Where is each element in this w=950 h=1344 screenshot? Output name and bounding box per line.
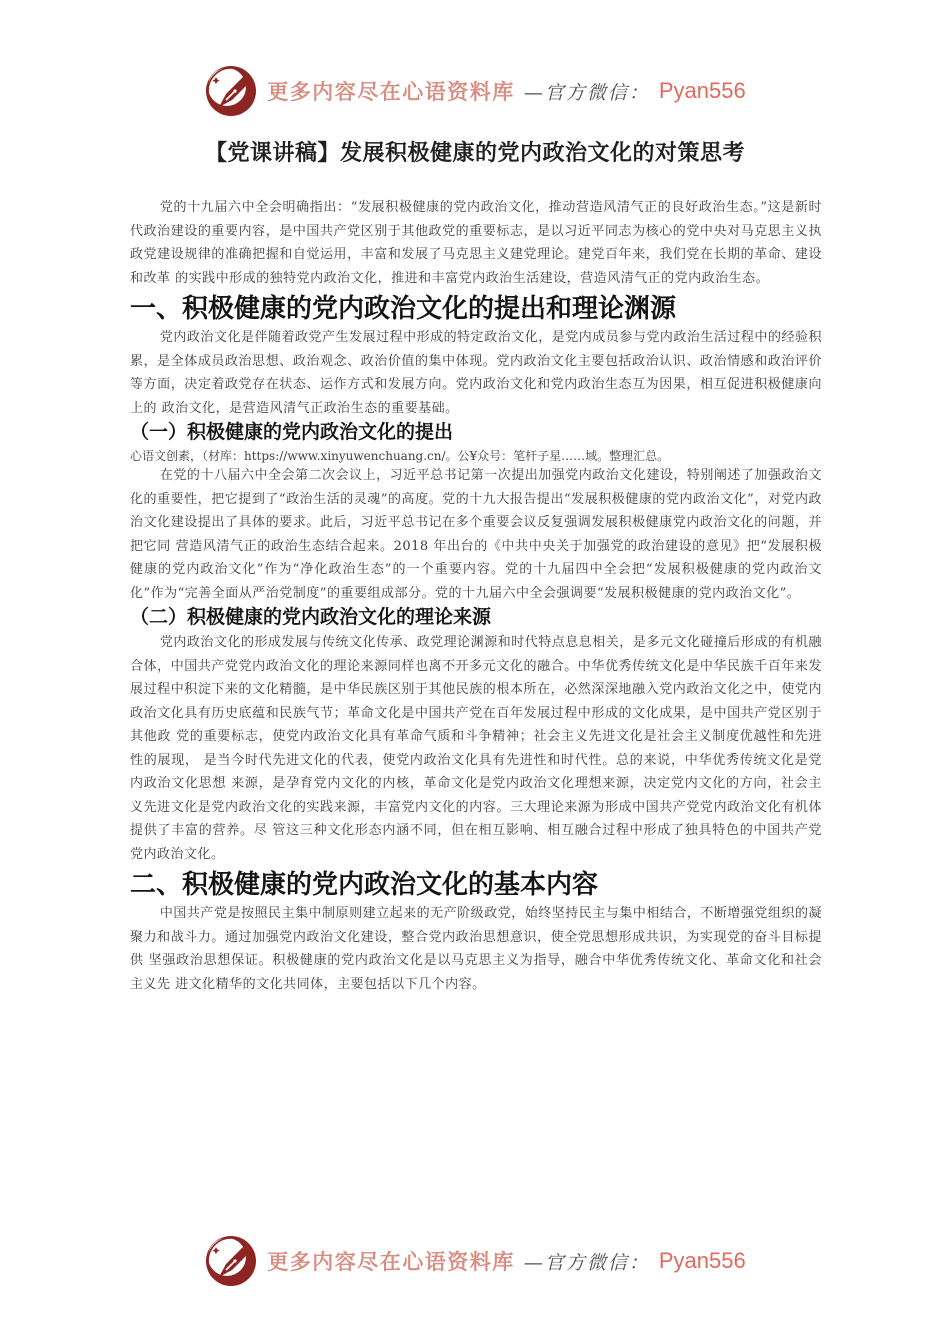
banner-text: 更多内容尽在心语资料库 [267,1246,515,1276]
document-title: 【党课讲稿】发展积极健康的党内政治文化的对策思考 [0,136,950,167]
footer-banner: 更多内容尽在心语资料库 —官方微信： Pyan556 [0,1234,950,1288]
section1-heading: 一、积极健康的党内政治文化的提出和理论渊源 [130,290,822,326]
banner-wechat-id: Pyan556 [659,1248,746,1274]
section1-intro-paragraph: 党内政治文化是伴随着政党产生发展过程中形成的特定政治文化，是党内成员参与党内政治… [130,326,822,420]
banner-wechat-label: —官方微信： [524,78,650,105]
document-page: 更多内容尽在心语资料库 —官方微信： Pyan556 【党课讲稿】发展积极健康的… [0,0,950,1344]
document-body: 党的十九届六中全会明确指出：“发展积极健康的党内政治文化，推动营造风清气正的良好… [130,196,822,996]
intro-paragraph: 党的十九届六中全会明确指出：“发展积极健康的党内政治文化，推动营造风清气正的良好… [130,196,822,290]
section1-sub1-heading: （一）积极健康的党内政治文化的提出 [130,420,822,446]
banner-text: 更多内容尽在心语资料库 [267,76,515,106]
pen-circle-logo-icon [204,64,258,118]
section2-paragraph: 中国共产党是按照民主集中制原则建立起来的无产阶级政党，始终坚持民主与集中相结合，… [130,902,822,996]
section2-heading: 二、积极健康的党内政治文化的基本内容 [130,866,822,902]
banner-wechat-id: Pyan556 [659,78,746,104]
section1-sub1-paragraph: 在党的十八届六中全会第二次会议上，习近平总书记第一次提出加强党内政治文化建设，特… [130,464,822,605]
section1-sub2-heading: （二）积极健康的党内政治文化的理论来源 [130,605,822,631]
header-banner: 更多内容尽在心语资料库 —官方微信： Pyan556 [0,64,950,118]
section1-sub2-paragraph: 党内政治文化的形成发展与传统文化传承、政党理论渊源和时代特点息息相关，是多元文化… [130,631,822,866]
banner-wechat-label: —官方微信： [524,1248,650,1275]
watermark-line: 心语文创素，（材库：https://www.xinyuwenchuang.cn/… [130,448,822,464]
pen-circle-logo-icon [204,1234,258,1288]
